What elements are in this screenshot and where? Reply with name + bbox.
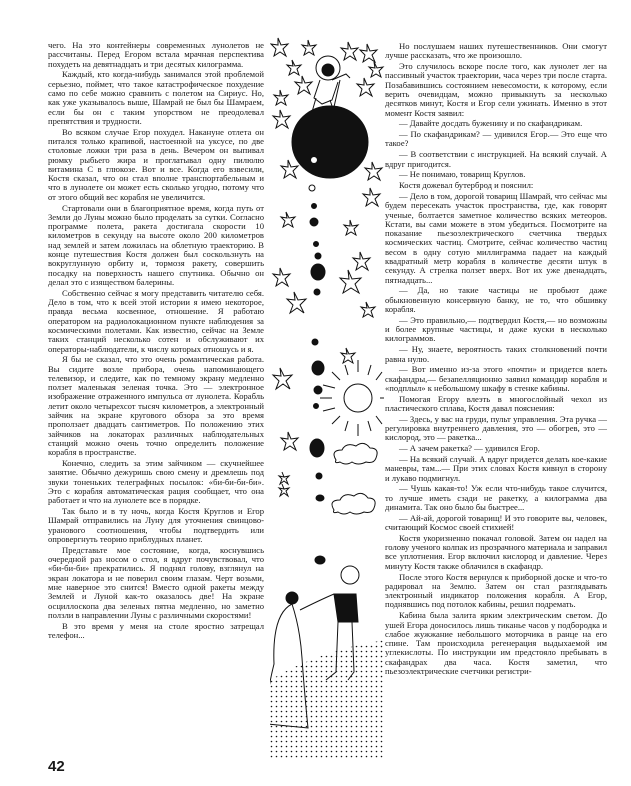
- page-number: 42: [48, 758, 65, 775]
- cloud-icon: [334, 443, 377, 464]
- paragraph: — Дело в том, дорогой товарищ Шамрай, чт…: [385, 192, 607, 285]
- paragraph: — В соответствии с инструкцией. На всяки…: [385, 150, 607, 169]
- paragraph: — На всякий случай. А вдруг придется дел…: [385, 455, 607, 483]
- paragraph: Собственно сейчас я могу представить чит…: [48, 289, 264, 354]
- paragraph: Конечно, следить за этим зайчиком — скуч…: [48, 459, 264, 505]
- paragraph: — Не понимаю, товарищ Круглов.: [385, 170, 607, 179]
- paragraph: Каждый, кто когда-нибудь занимался этой …: [48, 70, 264, 126]
- paragraph: — Да, но такие частицы не пробьют даже о…: [385, 286, 607, 314]
- left-text-column: чего. На это контейнеры современных луно…: [48, 41, 264, 642]
- paragraph: чего. На это контейнеры современных луно…: [48, 41, 264, 69]
- cloud-icon: [332, 493, 375, 514]
- paragraph: — По скафандрикам? — удивился Егор.— Это…: [385, 130, 607, 149]
- paragraph: Помогая Егору влеэть в многослойный чехо…: [385, 395, 607, 414]
- dotted-ground: [270, 640, 385, 760]
- paragraph: Кабина была залита ярким электрическим с…: [385, 611, 607, 676]
- paragraph: Костя дожевал бутерброд и пояснил:: [385, 181, 607, 190]
- paragraph: После этого Костя вернулся к приборной д…: [385, 573, 607, 610]
- right-text-column: Но послушаем наших путешественников. Они…: [385, 42, 607, 678]
- paragraph: Так было и в ту ночь, когда Костя Кругло…: [48, 507, 264, 544]
- paragraph: — Ай-ай, дорогой товарищ! И это говорите…: [385, 514, 607, 533]
- paragraph: Во всяком случае Егор похудел. Накануне …: [48, 128, 264, 202]
- paragraph: — А зачем ракетка? — удивился Егор.: [385, 444, 607, 453]
- paragraph: — Чушь какая-то! Уж если что-нибудь тако…: [385, 484, 607, 512]
- sun-icon: [320, 360, 384, 436]
- space-illustration: [270, 20, 385, 760]
- paragraph: — Это правильно,— подтвердил Костя,— но …: [385, 316, 607, 344]
- paragraph: — Давайте досдать буженину и по скафандр…: [385, 119, 607, 128]
- paragraph: Я бы не сказал, что это очень романтичес…: [48, 355, 264, 457]
- paragraph: — Вот именно из-за этого «почти» и приде…: [385, 365, 607, 393]
- paragraph: Это случилось вскоре после того, как лун…: [385, 62, 607, 118]
- paragraph: — Здесь, у вас на груди, пульт управлени…: [385, 415, 607, 443]
- planet: [292, 106, 368, 178]
- paragraph: Костя укоризненно покачал головой. Затем…: [385, 534, 607, 571]
- paragraph: Представьте мое состояние, когда, коснув…: [48, 546, 264, 620]
- paragraph: Стартовали они в благоприятное время, ко…: [48, 204, 264, 288]
- meteor: [309, 185, 325, 564]
- paragraph: — Ну, знаете, вероятность таких столкнов…: [385, 345, 607, 364]
- paragraph: В это время у меня на столе яростно затр…: [48, 622, 264, 641]
- paragraph: Но послушаем наших путешественников. Они…: [385, 42, 607, 61]
